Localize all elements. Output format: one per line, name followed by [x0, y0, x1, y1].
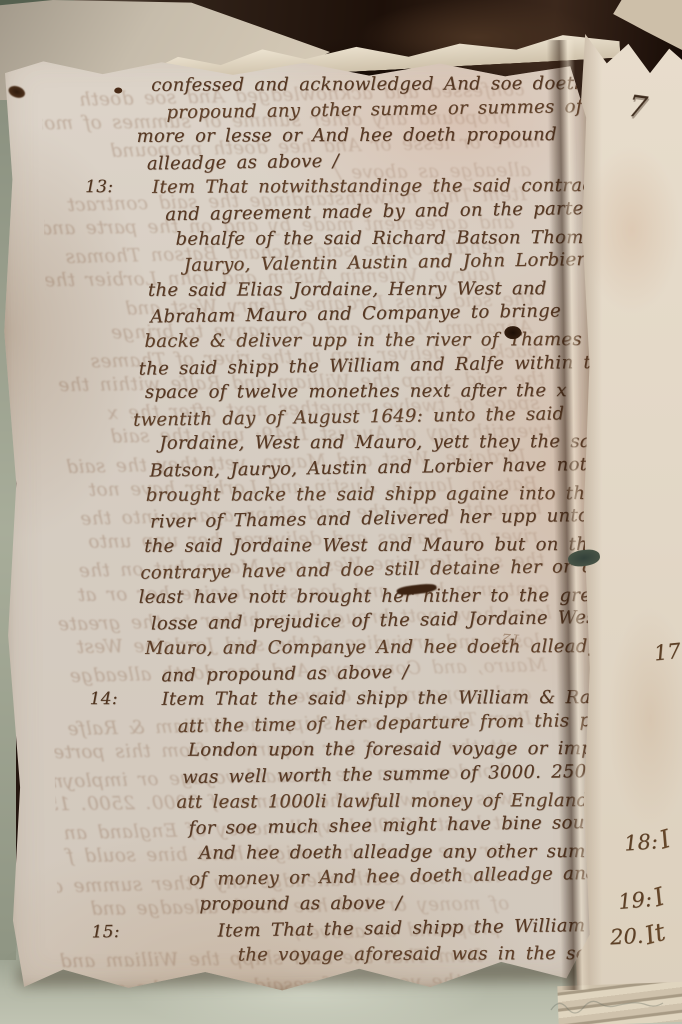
margin-item-number: 13: [85, 175, 113, 201]
next-page-item-number: 19:I [617, 882, 665, 915]
line-text: for soe much shee might have bine sould … [189, 810, 597, 842]
manuscript-line: Jauryo, Valentin Austin and John Lorbier… [116, 247, 590, 280]
item-number-label: 18: [623, 829, 658, 855]
manuscript-line: Abraham Mauro and Companye to bringe [116, 298, 590, 331]
manuscript-line: of money or And hee doeth alleadge and [121, 861, 595, 894]
margin-item-number: 15: [91, 920, 120, 946]
manuscript-line: the said shipp the William and Ralfe wit… [117, 350, 591, 383]
line-text: and agreement made by and on the parte a… [165, 195, 596, 227]
manuscript-text-block: confessed and acknowledged And soe doeth… [114, 69, 596, 969]
margin-item-number: 14: [90, 687, 118, 713]
line-text: Batson, Jauryo, Austin and Lorbier have … [149, 452, 587, 484]
next-page-item-number: 20.It [609, 919, 666, 951]
next-page-item-number: 18:I [623, 824, 671, 856]
ink-speck [114, 88, 122, 94]
manuscript-page: confessed and acknowledged And soe doeth… [0, 41, 596, 996]
item-number-label: 19: [617, 887, 653, 914]
manuscript-line: river of Thames and delivered her upp un… [118, 503, 592, 536]
item-number-label: 17 [653, 639, 682, 666]
manuscript-line: the voyage aforesaid was in the service … [122, 941, 596, 969]
ink-blot [504, 326, 521, 339]
line-text: att the time of her departure from this … [178, 707, 597, 739]
next-page-item-number: 17 [653, 639, 682, 666]
line-text: and propound as above / [161, 659, 409, 688]
line-text: twentith day of August 1649: unto the sa… [133, 401, 565, 433]
manuscript-line: losse and prejudice of the said Jordaine… [119, 605, 593, 638]
line-text: losse and prejudice of the said Jordaine… [151, 605, 596, 637]
line-text: of money or And hee doeth alleadge and [189, 861, 596, 893]
manuscript-line: for soe much shee might have bine sould … [121, 810, 595, 843]
manuscript-line: Batson, Jauryo, Austin and Lorbier have … [117, 452, 591, 485]
line-text: propound as above / [199, 891, 402, 917]
ink-mark: 7 [626, 89, 650, 126]
manuscript-line: contrarye have and doe still detaine her… [118, 554, 592, 587]
line-text: Jauryo, Valentin Austin and John Lorbier… [184, 246, 597, 278]
manuscript-line: was well worth the summe of 3000. 2500. … [120, 759, 594, 792]
line-text: contrarye have and doe still detaine her… [140, 554, 596, 586]
line-text: Abraham Mauro and Companye to bringe [150, 299, 561, 331]
ink-blot [7, 84, 27, 100]
bleedthrough-number: 12 [500, 629, 520, 648]
item-flourish: It [642, 917, 669, 950]
line-text: the voyage aforesaid was in the service … [238, 941, 596, 968]
line-text: alleadge as above / [147, 148, 339, 176]
faint-writing-on-surface [545, 994, 675, 1020]
item-number-label: 20. [609, 924, 644, 950]
manuscript-line: and agreement made by and on the parte a… [115, 196, 589, 229]
manuscript-photo: 7 17 18:I 19:I 20.It confessed and ackno… [0, 0, 682, 1024]
line-text: river of Thames and delivered her upp un… [150, 503, 589, 535]
